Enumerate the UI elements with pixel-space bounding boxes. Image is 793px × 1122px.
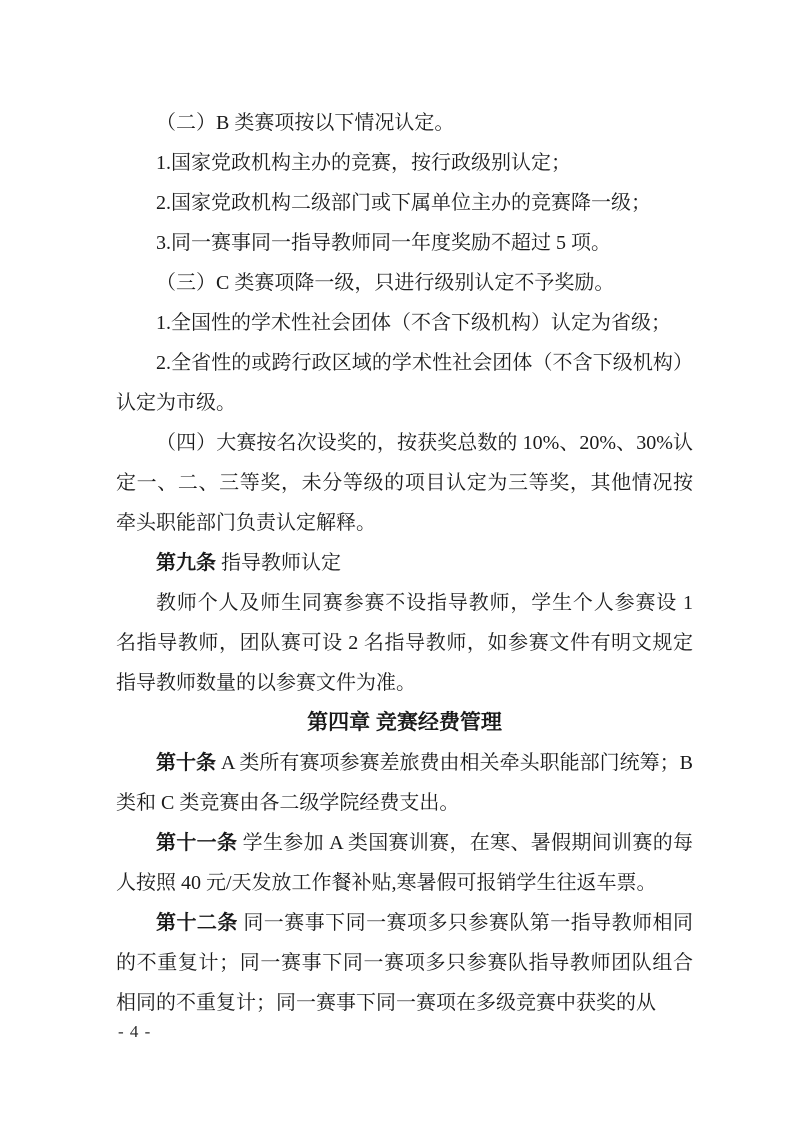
article-number: 第九条 (156, 552, 216, 574)
chapter-heading-text: 第四章 竞赛经费管理 (307, 711, 502, 734)
paragraph: 第十二条 同一赛事下同一赛项多只参赛队第一指导教师相同的不重复计；同一赛事下同一… (116, 903, 693, 1023)
document-page: （二）B 类赛项按以下情况认定。1.国家党政机构主办的竞赛，按行政级别认定；2.… (0, 0, 793, 1122)
paragraph: 1.国家党政机构主办的竞赛，按行政级别认定； (116, 143, 693, 183)
paragraph: 第十一条 学生参加 A 类国赛训赛，在寒、暑假期间训赛的每人按照 40 元/天发… (116, 823, 693, 903)
article-number: 第十二条 (156, 912, 238, 934)
paragraph: 教师个人及师生同赛参赛不设指导教师，学生个人参赛设 1 名指导教师，团队赛可设 … (116, 583, 693, 703)
article-number: 第十条 (156, 752, 216, 774)
paragraph: 1.全国性的学术性社会团体（不含下级机构）认定为省级； (116, 303, 693, 343)
paragraph: （四）大赛按名次设奖的，按获奖总数的 10%、20%、30%认定一、二、三等奖，… (116, 423, 693, 543)
article-number: 第十一条 (156, 832, 237, 854)
document-body: （二）B 类赛项按以下情况认定。1.国家党政机构主办的竞赛，按行政级别认定；2.… (116, 103, 693, 1023)
paragraph: 3.同一赛事同一指导教师同一年度奖励不超过 5 项。 (116, 223, 693, 263)
chapter-heading: 第四章 竞赛经费管理 (116, 703, 693, 743)
paragraph: 2.国家党政机构二级部门或下属单位主办的竞赛降一级； (116, 183, 693, 223)
paragraph: 第九条 指导教师认定 (116, 543, 693, 583)
paragraph: 2.全省性的或跨行政区域的学术性社会团体（不含下级机构）认定为市级。 (116, 343, 693, 423)
paragraph: 第十条 A 类所有赛项参赛差旅费由相关牵头职能部门统筹；B 类和 C 类竞赛由各… (116, 743, 693, 823)
paragraph: （二）B 类赛项按以下情况认定。 (116, 103, 693, 143)
paragraph: （三）C 类赛项降一级，只进行级别认定不予奖励。 (116, 263, 693, 303)
page-number: - 4 - (118, 1019, 151, 1045)
